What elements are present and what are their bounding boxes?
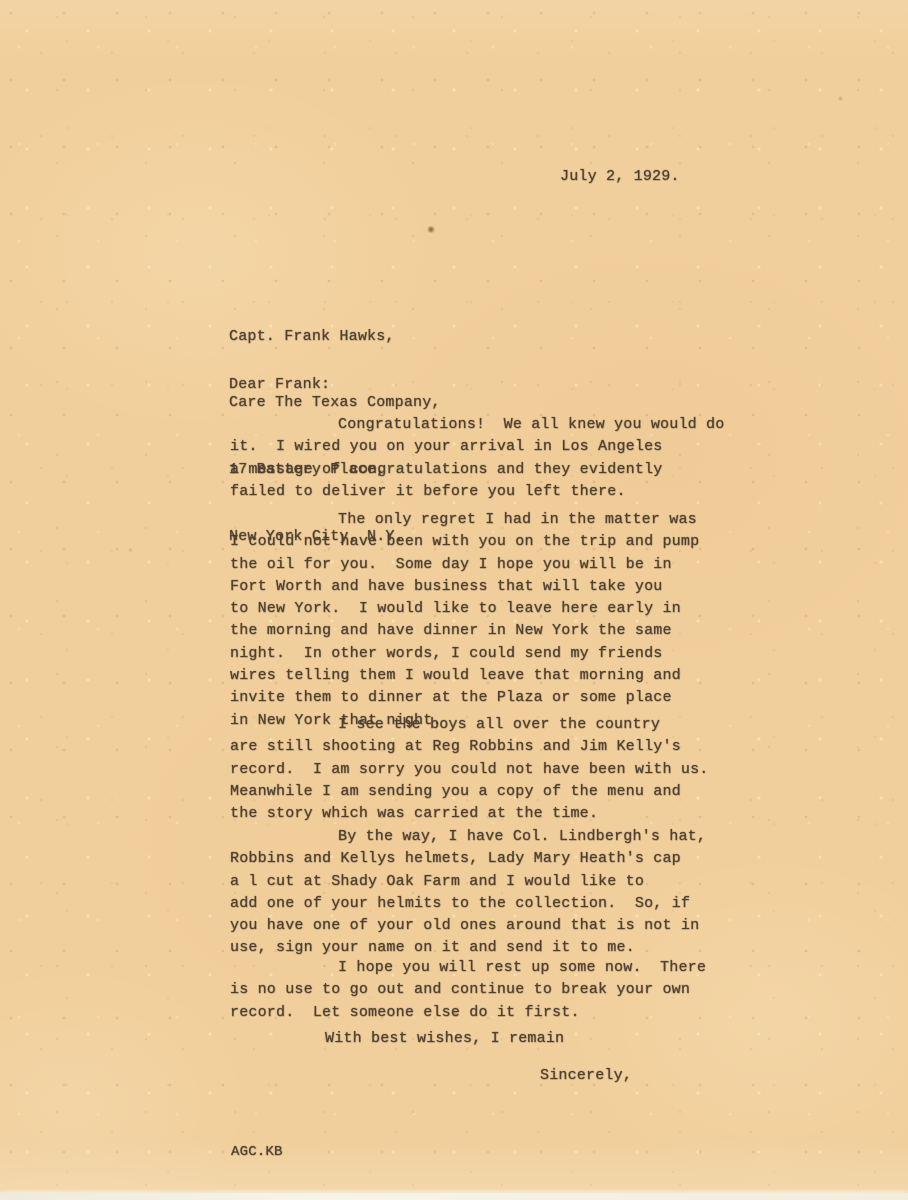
letter-paragraph-4: By the way, I have Col. Lindbergh's hat,… (230, 826, 730, 960)
letter-paragraph-5: I hope you will rest up some now. There … (230, 957, 730, 1024)
letter-date: July 2, 1929. (560, 166, 680, 188)
letter-paragraph-1: Congratulations! We all knew you would d… (230, 414, 730, 503)
letter-paragraph-3: I see the boys all over the country are … (230, 714, 730, 825)
paper-speck (427, 226, 435, 233)
recipient-name-line: Capt. Frank Hawks, (229, 326, 441, 348)
signature-sincerely: Sincerely, (540, 1065, 632, 1087)
paper-speck (128, 548, 133, 552)
scanned-letter-page: July 2, 1929. Capt. Frank Hawks, Care Th… (0, 0, 908, 1200)
letter-paragraph-2: The only regret I had in the matter was … (230, 509, 730, 732)
typist-initials: AGC.KB (231, 1141, 283, 1163)
salutation: Dear Frank: (229, 374, 330, 396)
closing-line: With best wishes, I remain (230, 1028, 730, 1050)
scan-bottom-edge (0, 1193, 908, 1200)
paper-speck (838, 96, 843, 101)
